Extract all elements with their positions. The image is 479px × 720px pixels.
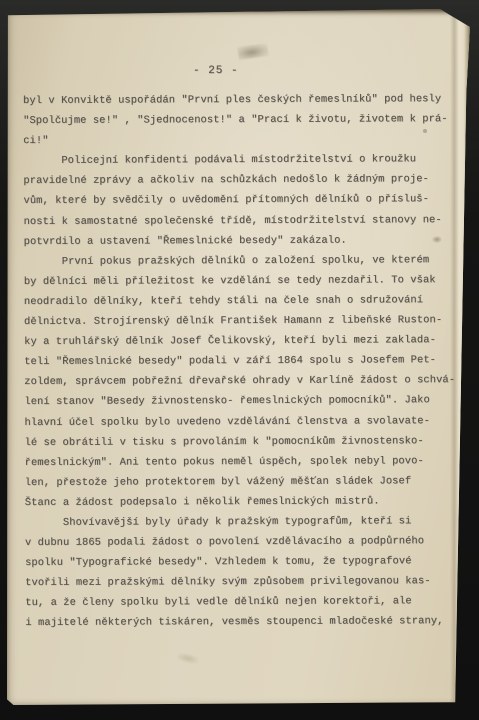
stain-mark — [176, 651, 200, 665]
document-page: - 25 - byl v Konviktě uspořádán "První p… — [7, 9, 470, 705]
stain-mark — [423, 129, 427, 133]
text-line: První pokus pražských dělníků o založení… — [24, 250, 462, 272]
text-line: neodradilo dělníky, kteří tehdy stáli na… — [24, 290, 462, 312]
text-line: tu, a že členy spolku byli vedle dělníků… — [25, 591, 463, 613]
text-line: ky a truhlářský dělník Josef Čelikovský,… — [24, 330, 462, 352]
text-line: hlavní účel spolku bylo uvedeno vzdělává… — [24, 411, 462, 433]
text-line: i majitelé některých tiskáren, vesměs st… — [25, 612, 463, 634]
text-line: spolku "Typografické besedy". Vzhledem k… — [25, 551, 463, 573]
text-line: lení stanov "Besedy živnostensko- řemesl… — [24, 390, 462, 412]
page-text-block: byl v Konviktě uspořádán "První ples čes… — [23, 89, 463, 633]
text-line: lé se obrátili v tisku s provoláním k "p… — [24, 431, 462, 453]
text-line: v dubnu 1865 podali žádost o povolení vz… — [25, 531, 463, 553]
stain-mark — [432, 236, 442, 243]
text-line: teli "Řemeslnické besedy" podali v září … — [24, 350, 462, 372]
text-line: len, přestože jeho protektorem byl vážen… — [25, 471, 463, 493]
text-line: Shovívavější byly úřady k pražským typog… — [25, 511, 463, 533]
text-line: potvrdilo a ustavení "Řemeslnické besedy… — [24, 230, 462, 252]
text-line: nosti k samostatné společenské třídě, mí… — [24, 210, 462, 232]
text-line: vům, které by svědčily o uvědomění příto… — [23, 190, 461, 212]
text-line: "Spolčujme se!" , "Sjednocenost!" a "Pra… — [23, 109, 461, 131]
text-line: Štanc a žádost podepsalo i několik řemes… — [25, 491, 463, 513]
text-line: řemeslnickým". Ani tento pokus neměl úsp… — [25, 451, 463, 473]
text-line: tvořili mezi pražskými dělníky svým způs… — [25, 571, 463, 593]
text-line: zoldem, správcem pobřežní dřevařské ohra… — [24, 370, 462, 392]
page-top-shadow — [7, 9, 470, 16]
text-line: Policejní konfidenti podávali místodržit… — [23, 149, 461, 171]
stain-mark — [237, 43, 269, 60]
text-line: byl v Konviktě uspořádán "První ples čes… — [23, 89, 461, 111]
text-line: dělnictva. Strojírenský dělník František… — [24, 310, 462, 332]
text-line: ci!" — [23, 129, 461, 151]
text-line: by dělníci měli příležitost ke vzdělání … — [24, 270, 462, 292]
scanned-photo-background: - 25 - byl v Konviktě uspořádán "První p… — [0, 0, 479, 720]
text-line: pravidelné zprávy a ačkoliv na schůzkách… — [23, 169, 461, 191]
page-number: - 25 - — [193, 65, 239, 77]
